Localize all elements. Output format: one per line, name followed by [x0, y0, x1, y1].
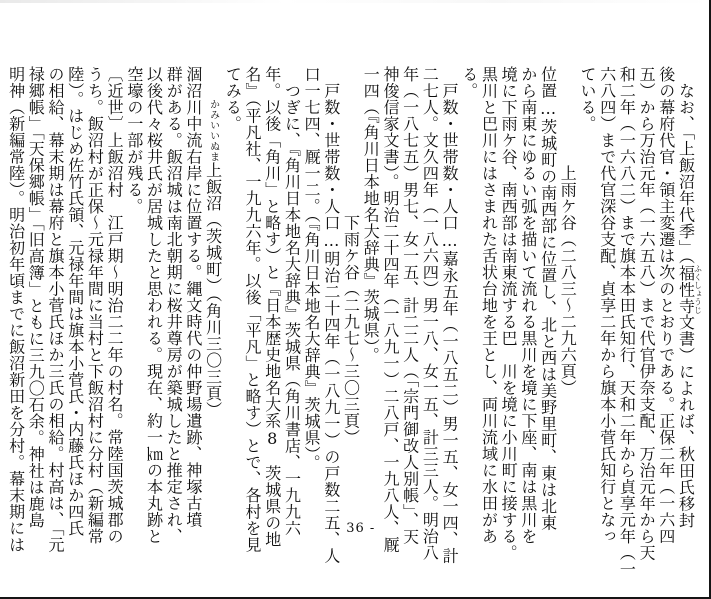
text-column: 一四（『角川日本地名大辞典』茨城県）。 — [361, 66, 381, 591]
text-column: 下雨ケ谷（二九七〜三〇三頁） — [341, 66, 361, 591]
text-column: 上雨ケ谷（二八三〜二九六頁） — [558, 66, 578, 591]
text-column: 涸沼川中流右岸に位置する。縄文時代の仲野場遺跡、神塚古墳 — [183, 66, 203, 591]
text-column: 戸数・世帯数・人口…嘉永五年（一八五二）男一五、女一四、計 — [439, 66, 459, 591]
text-column: 神俊信家文書）。明治二十四年（一八九一）二八戸、一九八人、厩 — [380, 66, 400, 591]
text-column: 以後代々桜井氏が居城したと思われる。現在、約一㎞の本丸跡と — [144, 66, 164, 591]
text-column: 和二年（一六八二）まで旗本本田氏知行、天和二年から貞享元年（一 — [617, 66, 637, 591]
text-column: 黒川と巴川にはさまれた舌状台地を王とし、両川流域に水田があ — [479, 66, 499, 591]
text-column: 二七人。文久四年（一八六四）男一八、女一五、計三三人。明治八 — [420, 66, 440, 591]
text-column: なお、「上飯沼年代季」（福性寺ふくしょうじ文書）によれば、秋田氏移封 — [676, 66, 702, 591]
text-column: 位置…茨城町の南西部に位置し、北と西は美野里町、東は北東 — [538, 66, 558, 591]
text-column: 空壕の一部が残る。 — [124, 66, 144, 591]
text-column: 〔近世〕上飯沼村 江戸期〜明治二二年の村名。常陸国茨城郡の — [104, 66, 124, 591]
heading-reading-kana: かみいいぬま — [208, 99, 219, 162]
ruby-annotated-word: 福性寺ふくしょうじ — [677, 265, 696, 315]
text-column: 口一七四、厩一二。（『角川日本地名大辞典』茨城県）。 — [301, 66, 321, 591]
text-column: うち。飯沼村が正保〜元禄年間に当村と下飯沼村に分村（新編常 — [85, 66, 105, 591]
text-column: 五）から万治元年（一六五八）まで代官伊奈支配、万治元年から天 — [636, 66, 656, 591]
text-column: 名』（平凡社、一九九六年。以後「平凡」と略す）とで、各村を見 — [242, 66, 262, 591]
text-column: 後の幕府代官・領主変遷は次のとおりである。正保二年（一六四 — [656, 66, 676, 591]
text-column: てみる。 — [223, 66, 243, 591]
text-column: 境に下雨ケ谷、南西部は南東流する巴 川を境に小川町に接する。 — [498, 66, 518, 591]
text-column: の相給、幕末期は幕府と旗本小菅氏ほか三氏の相給。村高は、「元 — [45, 66, 65, 591]
text-column: から南東にゆるい弧を描いて流れる黒川を境に下座、南は黒川を — [518, 66, 538, 591]
text-column: 明神（新編常陸）。明治初年頃までに飯沼新田を分村。幕末期には — [6, 66, 26, 591]
document-page: なお、「上飯沼年代季」（福性寺ふくしょうじ文書）によれば、秋田氏移封後の幕府代官… — [0, 0, 711, 599]
text-column: 年。以後「角川」と略す）と『日本歴史地名大系8 茨城県の地 — [262, 66, 282, 591]
scan-edge-noise — [0, 0, 711, 3]
page-number: - 36 - — [0, 521, 711, 536]
text-column: 禄郷帳」「天保郷帳」「旧高簿」ともに三九〇石余。神社は鹿島 — [26, 66, 46, 591]
text-column: る。 — [459, 66, 479, 591]
text-column: かみいいぬま上飯沼（茨城町）（角川三〇三頁） — [203, 66, 223, 591]
text-column: 群がある。飯沼城は南北朝期に桜井尊房が築城したと推定され、 — [164, 66, 184, 591]
text-column: 六八四）まで代官深谷支配、貞享二年から旗本小菅氏知行となっ — [597, 66, 617, 591]
text-block: なお、「上飯沼年代季」（福性寺ふくしょうじ文書）によれば、秋田氏移封後の幕府代官… — [6, 66, 702, 591]
text-column: つぎに、『角川日本地名大辞典』茨城県（角川書店、一九九六 — [282, 66, 302, 591]
text-column: 戸数・世帯数・人口…明治二十四年（一八九一）の戸数二五、人 — [321, 66, 341, 591]
text-column: 陸）。はじめ佐竹氏領、元禄年間は旗本小菅氏・内藤氏ほか四氏 — [65, 66, 85, 591]
text-column: 年（一八七五）男七、女一五、計二二人（「宗門御改人別帳」、天 — [400, 66, 420, 591]
text-column: ている。 — [577, 66, 597, 591]
